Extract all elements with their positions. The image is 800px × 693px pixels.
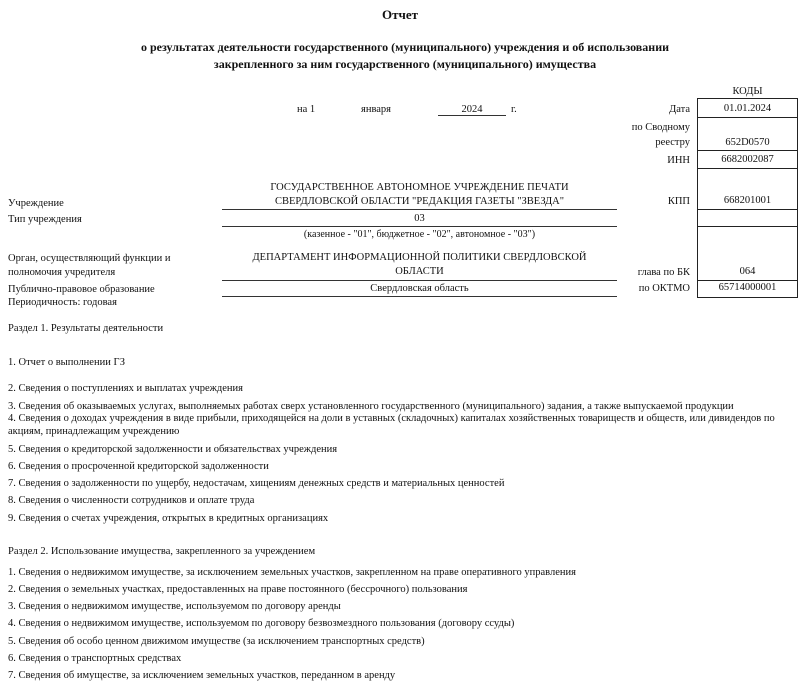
code-label-date: Дата (669, 104, 690, 115)
report-subtitle-line2: закрепленного за ним государственного (м… (0, 57, 800, 72)
code-label-oktmo: по ОКТМО (639, 283, 690, 294)
code-label-inn: ИНН (667, 155, 690, 166)
institution-type-value: 03 (222, 213, 617, 224)
section2-item[interactable]: 4. Сведения о недвижимом имуществе, испо… (8, 618, 514, 629)
codes-divider (698, 168, 797, 169)
founder-label-line2: полномочия учредителя (8, 267, 115, 278)
code-value-kpp: 668201001 (697, 195, 798, 206)
code-value-inn: 6682002087 (697, 154, 798, 165)
section2-title: Раздел 2. Использование имущества, закре… (8, 546, 315, 557)
institution-type-hint: (казенное - "01", бюджетное - "02", авто… (222, 229, 617, 240)
codes-divider (698, 150, 797, 151)
section2-item[interactable]: 3. Сведения о недвижимом имуществе, испо… (8, 601, 341, 612)
section1-item[interactable]: 7. Сведения о задолженности по ущербу, н… (8, 478, 504, 489)
report-title: Отчет (0, 7, 800, 23)
date-month: января (361, 104, 391, 115)
code-label-registry-line2: реестру (655, 137, 690, 148)
institution-type-label: Тип учреждения (8, 214, 82, 225)
section1-title: Раздел 1. Результаты деятельности (8, 323, 163, 334)
code-value-oktmo: 65714000001 (697, 282, 798, 293)
section1-item[interactable]: 4. Сведения о доходах учреждения в виде … (8, 413, 775, 424)
code-value-registry: 652D0570 (697, 137, 798, 148)
section1-item[interactable]: 3. Сведения об оказываемых услугах, выпо… (8, 401, 734, 412)
date-suffix: г. (511, 104, 517, 115)
codes-divider (698, 280, 797, 281)
codes-divider (698, 226, 797, 227)
founder-name-line1: ДЕПАРТАМЕНТ ИНФОРМАЦИОННОЙ ПОЛИТИКИ СВЕР… (222, 252, 617, 263)
code-value-budget-chapter: 064 (697, 266, 798, 277)
founder-name-line2: ОБЛАСТИ (222, 266, 617, 277)
section1-item[interactable]: 6. Сведения о просроченной кредиторской … (8, 461, 269, 472)
section1-item[interactable]: 2. Сведения о поступлениях и выплатах уч… (8, 383, 243, 394)
date-prefix: на 1 (297, 104, 315, 115)
code-value-date: 01.01.2024 (697, 103, 798, 114)
date-year: 2024 (438, 104, 506, 116)
codes-header: КОДЫ (697, 86, 798, 97)
institution-underline (222, 209, 617, 210)
section1-item[interactable]: 1. Отчет о выполнении ГЗ (8, 357, 125, 368)
codes-divider (698, 117, 797, 118)
institution-type-underline (222, 226, 617, 227)
institution-name-line2: СВЕРДЛОВСКОЙ ОБЛАСТИ "РЕДАКЦИЯ ГАЗЕТЫ "З… (222, 196, 617, 207)
report-subtitle-line1: о результатах деятельности государственн… (0, 40, 800, 55)
institution-label: Учреждение (8, 198, 64, 209)
section2-item[interactable]: 6. Сведения о транспортных средствах (8, 653, 181, 664)
section2-item[interactable]: 5. Сведения об особо ценном движимом иму… (8, 636, 425, 647)
code-label-kpp: КПП (668, 196, 690, 207)
public-entity-label: Публично-правовое образование (8, 284, 155, 295)
codes-divider (698, 209, 797, 210)
founder-label-line1: Орган, осуществляющий функции и (8, 253, 171, 264)
periodicity: Периодичность: годовая (8, 297, 117, 308)
section1-item[interactable]: 8. Сведения о численности сотрудников и … (8, 495, 254, 506)
section1-item[interactable]: 9. Сведения о счетах учреждения, открыты… (8, 513, 328, 524)
institution-name-line1: ГОСУДАРСТВЕННОЕ АВТОНОМНОЕ УЧРЕЖДЕНИЕ ПЕ… (222, 182, 617, 193)
public-entity-underline (222, 296, 617, 297)
code-label-registry-line1: по Сводному (632, 122, 690, 133)
founder-underline (222, 280, 617, 281)
public-entity-value: Свердловская область (222, 283, 617, 294)
code-label-budget-chapter: глава по БК (638, 267, 690, 278)
section1-item-continuation[interactable]: акциям, принадлежащим учреждению (8, 426, 179, 437)
section1-item[interactable]: 5. Сведения о кредиторской задолженности… (8, 444, 337, 455)
section2-item[interactable]: 7. Сведения об имуществе, за исключением… (8, 670, 395, 681)
section2-item[interactable]: 2. Сведения о земельных участках, предос… (8, 584, 467, 595)
section2-item[interactable]: 1. Сведения о недвижимом имуществе, за и… (8, 567, 576, 578)
